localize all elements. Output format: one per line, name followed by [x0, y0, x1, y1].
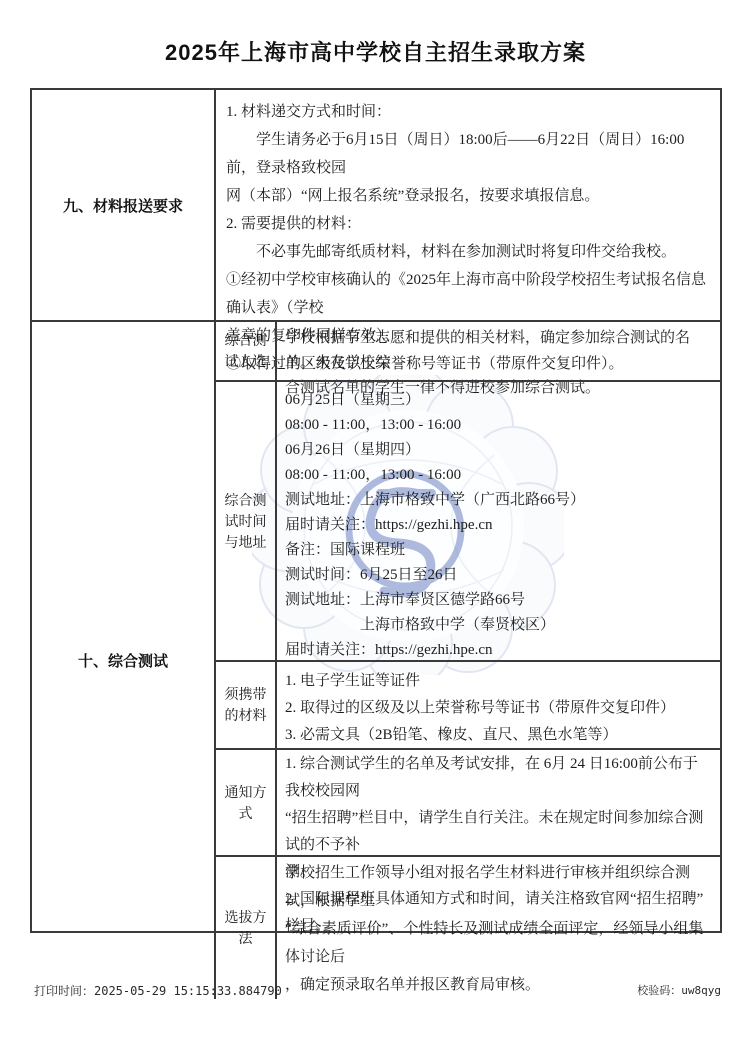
sublabel-selection-method: 选拔方法 [216, 857, 277, 999]
text-line: 3. 必需文具（2B铅笔、橡皮、直尺、黑色水笔等） [285, 722, 710, 749]
text-line: 1. 材料递交方式和时间： [226, 98, 708, 126]
document-page: 2025年上海市高中学校自主招生录取方案 [0, 0, 751, 1064]
subrow-selection-method: 选拔方法 学校招生工作领导小组对报名学生材料进行审核并组织综合测试，根据学生“综… [216, 855, 720, 999]
subrow-notification-method: 通知方式 1. 综合测试学生的名单及考试安排，在 6月 24 日16:00前公布… [216, 748, 720, 855]
sublabel-notification-method: 通知方式 [216, 750, 277, 855]
text-line: 1. 综合测试学生的名单及考试安排，在 6月 24 日16:00前公布于我校校园… [285, 751, 710, 805]
sublabel-required-materials: 须携带的材料 [216, 662, 277, 748]
text-line: 测试时间：6月25日至26日 [285, 563, 710, 588]
print-time: 打印时间：2025-05-29 15:15:33.884790 [34, 982, 282, 999]
text-line: 06月26日（星期四） [285, 438, 710, 463]
text-line: 学生请务必于6月15日（周日）18:00后——6月22日（周日）16:00前，登… [226, 126, 708, 182]
admission-plan-table: 九、材料报送要求 1. 材料递交方式和时间： 学生请务必于6月15日（周日）18… [30, 88, 722, 933]
text-line: 届时请关注：https://gezhi.hpe.cn [285, 513, 710, 538]
text-line: 备注：国际课程班 [285, 538, 710, 563]
content-selection-method: 学校招生工作领导小组对报名学生材料进行审核并组织综合测试，根据学生“综合素质评价… [277, 857, 720, 999]
sublabel-test-time-place: 综合测试时间与地址 [216, 382, 277, 660]
row-header-section10: 十、综合测试 [32, 322, 216, 999]
text-line: “综合素质评价”、个性特长及测试成绩全面评定，经领导小组集体讨论后 [285, 915, 710, 971]
text-line: 不必事先邮寄纸质材料，材料在参加测试时将复印件交给我校。 [226, 238, 708, 266]
checksum-code: 校验码：uw8qyg [637, 982, 721, 998]
text-line: 上海市格致中学（奉贤校区） [285, 613, 710, 638]
sublabel-test-candidates: 综合测试人选 [216, 322, 277, 380]
text-line: 2. 需要提供的材料： [226, 210, 708, 238]
text-line: “招生招聘”栏目中，请学生自行关注。未在规定时间参加综合测试的不予补 [285, 805, 710, 859]
text-line: 测试地址：上海市奉贤区德学路66号 [285, 588, 710, 613]
text-line: 08:00 - 11:00，13:00 - 16:00 [285, 463, 710, 488]
subrow-test-time-place: 综合测试时间与地址 06月25日（星期三）08:00 - 11:00，13:00… [216, 380, 720, 660]
content-test-candidates: 学校根据学生志愿和提供的相关材料，确定参加综合测试的名单。未在学校综合测试名单的… [277, 322, 720, 380]
text-line: ①经初中学校审核确认的《2025年上海市高中阶段学校招生考试报名信息确认表》（学… [226, 266, 708, 322]
row-header-section9: 九、材料报送要求 [32, 90, 216, 320]
page-title: 2025年上海市高中学校自主招生录取方案 [0, 36, 751, 67]
text-line: 学校招生工作领导小组对报名学生材料进行审核并组织综合测试，根据学生 [285, 859, 710, 915]
text-line: 测试地址：上海市格致中学（广西北路66号） [285, 488, 710, 513]
table-row-materials-submission: 九、材料报送要求 1. 材料递交方式和时间： 学生请务必于6月15日（周日）18… [32, 90, 720, 322]
content-test-time-place: 06月25日（星期三）08:00 - 11:00，13:00 - 16:0006… [277, 382, 720, 660]
content-notification-method: 1. 综合测试学生的名单及考试安排，在 6月 24 日16:00前公布于我校校园… [277, 750, 720, 855]
text-line: 08:00 - 11:00，13:00 - 16:00 [285, 413, 710, 438]
text-line: 1. 电子学生证等证件 [285, 668, 710, 695]
text-line: 06月25日（星期三） [285, 388, 710, 413]
text-line: 网（本部）“网上报名系统”登录报名，按要求填报信息。 [226, 182, 708, 210]
section9-content: 1. 材料递交方式和时间： 学生请务必于6月15日（周日）18:00后——6月2… [216, 90, 720, 320]
text-line: 学校根据学生志愿和提供的相关材料，确定参加综合测试的名单。未在学校综 [285, 326, 710, 376]
subrow-required-materials: 须携带的材料 1. 电子学生证等证件2. 取得过的区级及以上荣誉称号等证书（带原… [216, 660, 720, 748]
text-line: 2. 取得过的区级及以上荣誉称号等证书（带原件交复印件） [285, 695, 710, 722]
content-required-materials: 1. 电子学生证等证件2. 取得过的区级及以上荣誉称号等证书（带原件交复印件）3… [277, 662, 720, 748]
table-row-comprehensive-test: 十、综合测试 综合测试人选 学校根据学生志愿和提供的相关材料，确定参加综合测试的… [32, 322, 720, 999]
subrow-test-candidates: 综合测试人选 学校根据学生志愿和提供的相关材料，确定参加综合测试的名单。未在学校… [216, 322, 720, 380]
section10-subtable: 综合测试人选 学校根据学生志愿和提供的相关材料，确定参加综合测试的名单。未在学校… [216, 322, 720, 999]
